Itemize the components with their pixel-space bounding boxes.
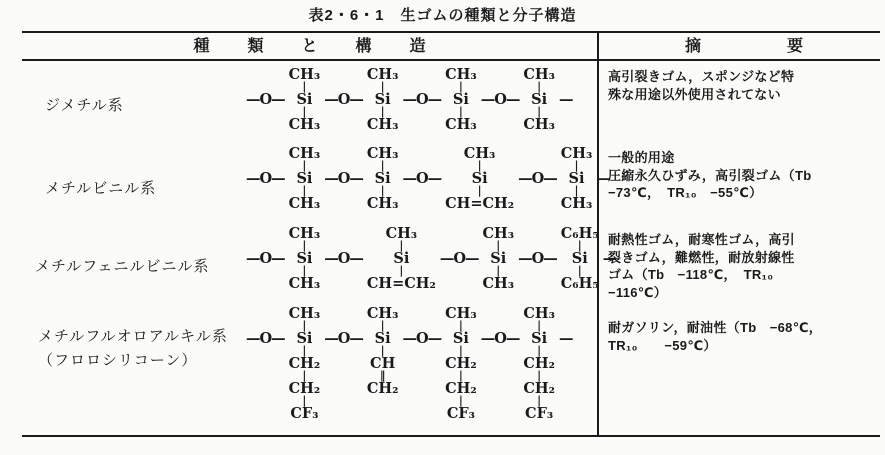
row-label-line: （フロロシリコーン） — [38, 349, 228, 373]
substituent-bottom: CH₃ — [288, 117, 322, 132]
spacer — [243, 276, 288, 291]
row-label-line: メチルフルオロアルキル系 — [38, 325, 228, 349]
spacer — [515, 276, 560, 291]
spacer — [437, 276, 482, 291]
spacer — [515, 196, 560, 211]
remark-line: 殊な用途以外使用されてない — [608, 86, 876, 104]
molecular-structure: CH₃ CH₃ CH₃ CH₃ | | | | —O—Si—O—Si—O—Si—… — [243, 306, 575, 421]
remark-line: ゴム（Tb −118℃， TR₁₀ — [608, 266, 876, 284]
spacer — [366, 406, 400, 421]
scanned-document-page: 表2・6・1 生ゴムの種類と分子構造 種類と構造 摘要 ジメチル系 CH₃ CH… — [0, 0, 885, 455]
substituent-bottom: CH₃ — [288, 276, 322, 291]
substituent-bottom: CF₃ — [288, 406, 322, 421]
spacer — [399, 406, 444, 421]
remark-line: −116℃） — [608, 284, 876, 302]
substituent-bottom: CH₃ — [288, 196, 322, 211]
row-remark: 一般的用途圧縮永久ひずみ，高引裂ゴム（Tb−73℃， TR₁₀ −55℃） — [608, 149, 876, 202]
remark-line: 圧縮永久ひずみ，高引裂ゴム（Tb — [608, 167, 876, 185]
spacer — [243, 117, 288, 132]
substituent-bottom: CH₃ — [522, 117, 556, 132]
row-remark: 耐ガソリン，耐油性（Tb −68℃，TR₁₀ −59℃） — [608, 319, 876, 354]
column-header-remarks: 摘要 — [599, 36, 880, 57]
spacer — [556, 406, 576, 421]
rubber-types-table: 種類と構造 摘要 ジメチル系 CH₃ CH₃ CH₃ CH₃ | | | | —… — [22, 31, 880, 437]
substituent-bottom: CH=CH₂ — [444, 196, 515, 211]
row-label: ジメチル系 — [45, 94, 124, 118]
spacer — [243, 406, 288, 421]
substituent-bottom: CH₃ — [482, 276, 516, 291]
remark-line: 裂きゴム，難燃性，耐放射線性 — [608, 249, 876, 267]
remark-line: 高引裂きゴム，スポンジなど特 — [608, 68, 876, 86]
table-row: メチルビニル系 CH₃ CH₃ CH₃ CH₃ | | | | —O—Si—O—… — [22, 145, 880, 225]
substituent-bottom: CH₃ — [560, 196, 594, 211]
remark-line: 耐ガソリン，耐油性（Tb −68℃， — [608, 319, 876, 337]
substituent-bottom: CH₃ — [366, 196, 400, 211]
spacer — [556, 117, 576, 132]
spacer — [321, 196, 366, 211]
molecular-structure: CH₃ CH₃ CH₃ CH₃ | | | | —O—Si—O—Si—O—Si—… — [243, 67, 575, 132]
column-header-type-structure: 種類と構造 — [22, 36, 597, 57]
spacer — [321, 117, 366, 132]
row-remark: 高引裂きゴム，スポンジなど特殊な用途以外使用されてない — [608, 68, 876, 103]
spacer — [478, 406, 523, 421]
row-label: メチルフェニルビニル系 — [35, 255, 210, 279]
molecular-structure: CH₃ CH₃ CH₃ C₆H₅ | | | | —O—Si—O—Si—O—Si… — [243, 226, 619, 291]
row-label-line: メチルビニル系 — [45, 177, 156, 201]
table-row: ジメチル系 CH₃ CH₃ CH₃ CH₃ | | | | —O—Si—O—Si… — [22, 66, 880, 145]
row-label: メチルビニル系 — [45, 177, 156, 201]
spacer — [478, 117, 523, 132]
molecular-structure: CH₃ CH₃ CH₃ CH₃ | | | | —O—Si—O—Si—O—Si—… — [243, 146, 613, 211]
substituent-bottom: CH=CH₂ — [366, 276, 437, 291]
substituent-bottom: C₆H₅ — [560, 276, 600, 291]
table-title: 表2・6・1 生ゴムの種類と分子構造 — [0, 4, 885, 25]
header-separator-line — [22, 59, 880, 61]
row-remark: 耐熱性ゴム，耐寒性ゴム，高引裂きゴム，難燃性，耐放射線性ゴム（Tb −118℃，… — [608, 231, 876, 301]
table-row: メチルフルオロアルキル系（フロロシリコーン） CH₃ CH₃ CH₃ CH₃ |… — [22, 305, 880, 437]
row-label-line: メチルフェニルビニル系 — [35, 255, 210, 279]
substituent-bottom: CH₃ — [444, 117, 478, 132]
substituent-bottom: CH₃ — [366, 117, 400, 132]
spacer — [399, 196, 444, 211]
spacer — [243, 196, 288, 211]
substituent-bottom: CF₃ — [444, 406, 478, 421]
remark-line: TR₁₀ −59℃） — [608, 337, 876, 355]
table-row: メチルフェニルビニル系 CH₃ CH₃ CH₃ C₆H₅ | | | | —O—… — [22, 225, 880, 305]
spacer — [321, 406, 366, 421]
remark-line: −73℃， TR₁₀ −55℃） — [608, 184, 876, 202]
row-label-line: ジメチル系 — [45, 94, 124, 118]
substituent-bottom: CF₃ — [522, 406, 556, 421]
spacer — [399, 117, 444, 132]
spacer — [321, 276, 366, 291]
remark-line: 耐熱性ゴム，耐寒性ゴム，高引 — [608, 231, 876, 249]
remark-line: 一般的用途 — [608, 149, 876, 167]
row-label: メチルフルオロアルキル系（フロロシリコーン） — [38, 325, 228, 373]
